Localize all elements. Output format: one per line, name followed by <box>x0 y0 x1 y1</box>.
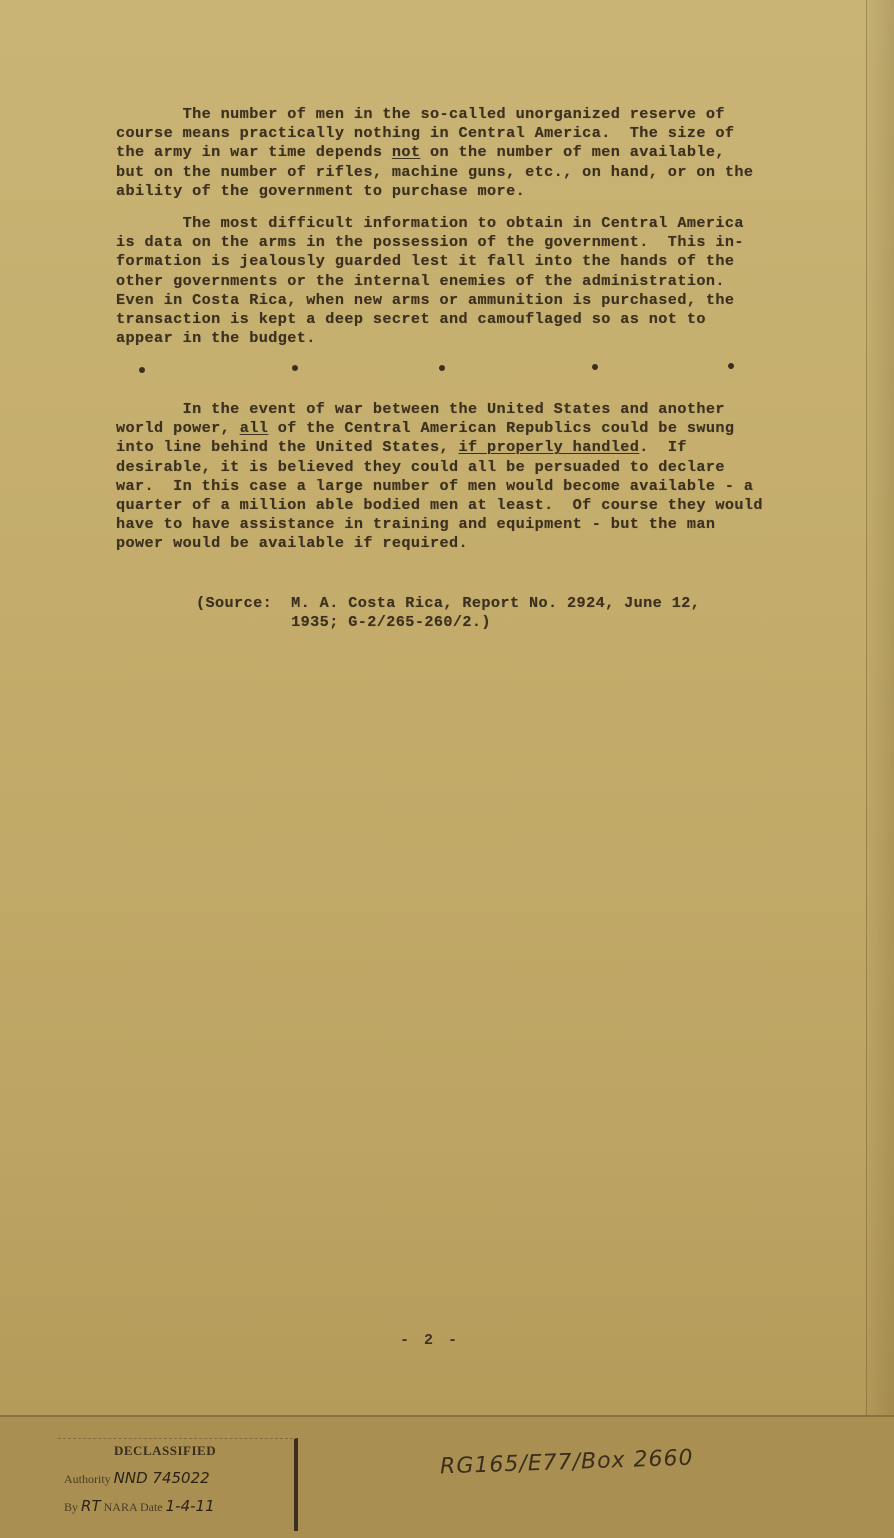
text-line: The most difficult information to obtain… <box>116 214 744 232</box>
underlined-phrase: if properly handled <box>459 438 640 456</box>
text-line: desirable, it is believed they could all… <box>116 458 725 476</box>
asterisk-icon <box>728 363 734 369</box>
text-line: formation is jealously guarded lest it f… <box>116 252 734 270</box>
stamp-title: DECLASSIFIED <box>114 1443 216 1459</box>
text-line: quarter of a million able bodied men at … <box>116 496 763 514</box>
text-line: In the event of war between the United S… <box>116 400 725 418</box>
page-edge <box>866 0 894 1415</box>
text-line: is data on the arms in the possession of… <box>116 233 744 251</box>
text-line: war. In this case a large number of men … <box>116 477 753 495</box>
text-line: on the number of men available, <box>420 143 724 161</box>
text-line: into line behind the United States, <box>116 438 459 456</box>
authority-value: NND 745022 <box>114 1469 210 1487</box>
stamp-by-row: By RT NARA Date 1-4-11 <box>64 1497 215 1515</box>
asterisk-icon <box>592 364 598 370</box>
text-line: world power, <box>116 419 240 437</box>
by-value: RT <box>81 1497 101 1515</box>
page-number: - 2 - <box>400 1332 460 1349</box>
source-citation: (Source: M. A. Costa Rica, Report No. 29… <box>196 594 700 632</box>
text-line: ability of the government to purchase mo… <box>116 182 525 200</box>
authority-label: Authority <box>64 1472 111 1486</box>
declassified-stamp: DECLASSIFIED Authority NND 745022 By RT … <box>58 1438 298 1531</box>
nara-date-value: 1-4-11 <box>166 1497 215 1515</box>
text-line: have to have assistance in training and … <box>116 515 715 533</box>
text-line: Even in Costa Rica, when new arms or amm… <box>116 291 734 309</box>
text-line: but on the number of rifles, machine gun… <box>116 163 753 181</box>
text-line: other governments or the internal enemie… <box>116 272 725 290</box>
text-line: The number of men in the so-called unorg… <box>116 105 725 123</box>
asterisk-icon <box>439 365 445 371</box>
text-line: course means practically nothing in Cent… <box>116 124 734 142</box>
nara-date-label: NARA Date <box>104 1500 163 1514</box>
asterisk-icon <box>292 365 298 371</box>
stamp-authority-row: Authority NND 745022 <box>64 1469 210 1487</box>
paragraph-unorganized-reserve: The number of men in the so-called unorg… <box>116 105 753 201</box>
text-line: appear in the budget. <box>116 329 316 347</box>
underlined-word: not <box>392 143 421 161</box>
section-separator <box>0 362 894 382</box>
paragraph-war-event: In the event of war between the United S… <box>116 400 763 554</box>
folder-strip: DECLASSIFIED Authority NND 745022 By RT … <box>0 1415 894 1538</box>
by-label: By <box>64 1500 78 1514</box>
archive-reference-note: RG165/E77/Box 2660 <box>440 1446 694 1480</box>
paragraph-arms-information: The most difficult information to obtain… <box>116 214 744 348</box>
source-line: 1935; G-2/265-260/2.) <box>196 613 491 631</box>
underlined-word: all <box>240 419 269 437</box>
text-line: of the Central American Republics could … <box>268 419 734 437</box>
asterisk-icon <box>139 367 145 373</box>
text-line: . If <box>639 438 687 456</box>
text-line: the army in war time depends <box>116 143 392 161</box>
text-line: power would be available if required. <box>116 534 468 552</box>
document-page: The number of men in the so-called unorg… <box>0 0 894 1415</box>
source-line: (Source: M. A. Costa Rica, Report No. 29… <box>196 594 700 612</box>
text-line: transaction is kept a deep secret and ca… <box>116 310 706 328</box>
